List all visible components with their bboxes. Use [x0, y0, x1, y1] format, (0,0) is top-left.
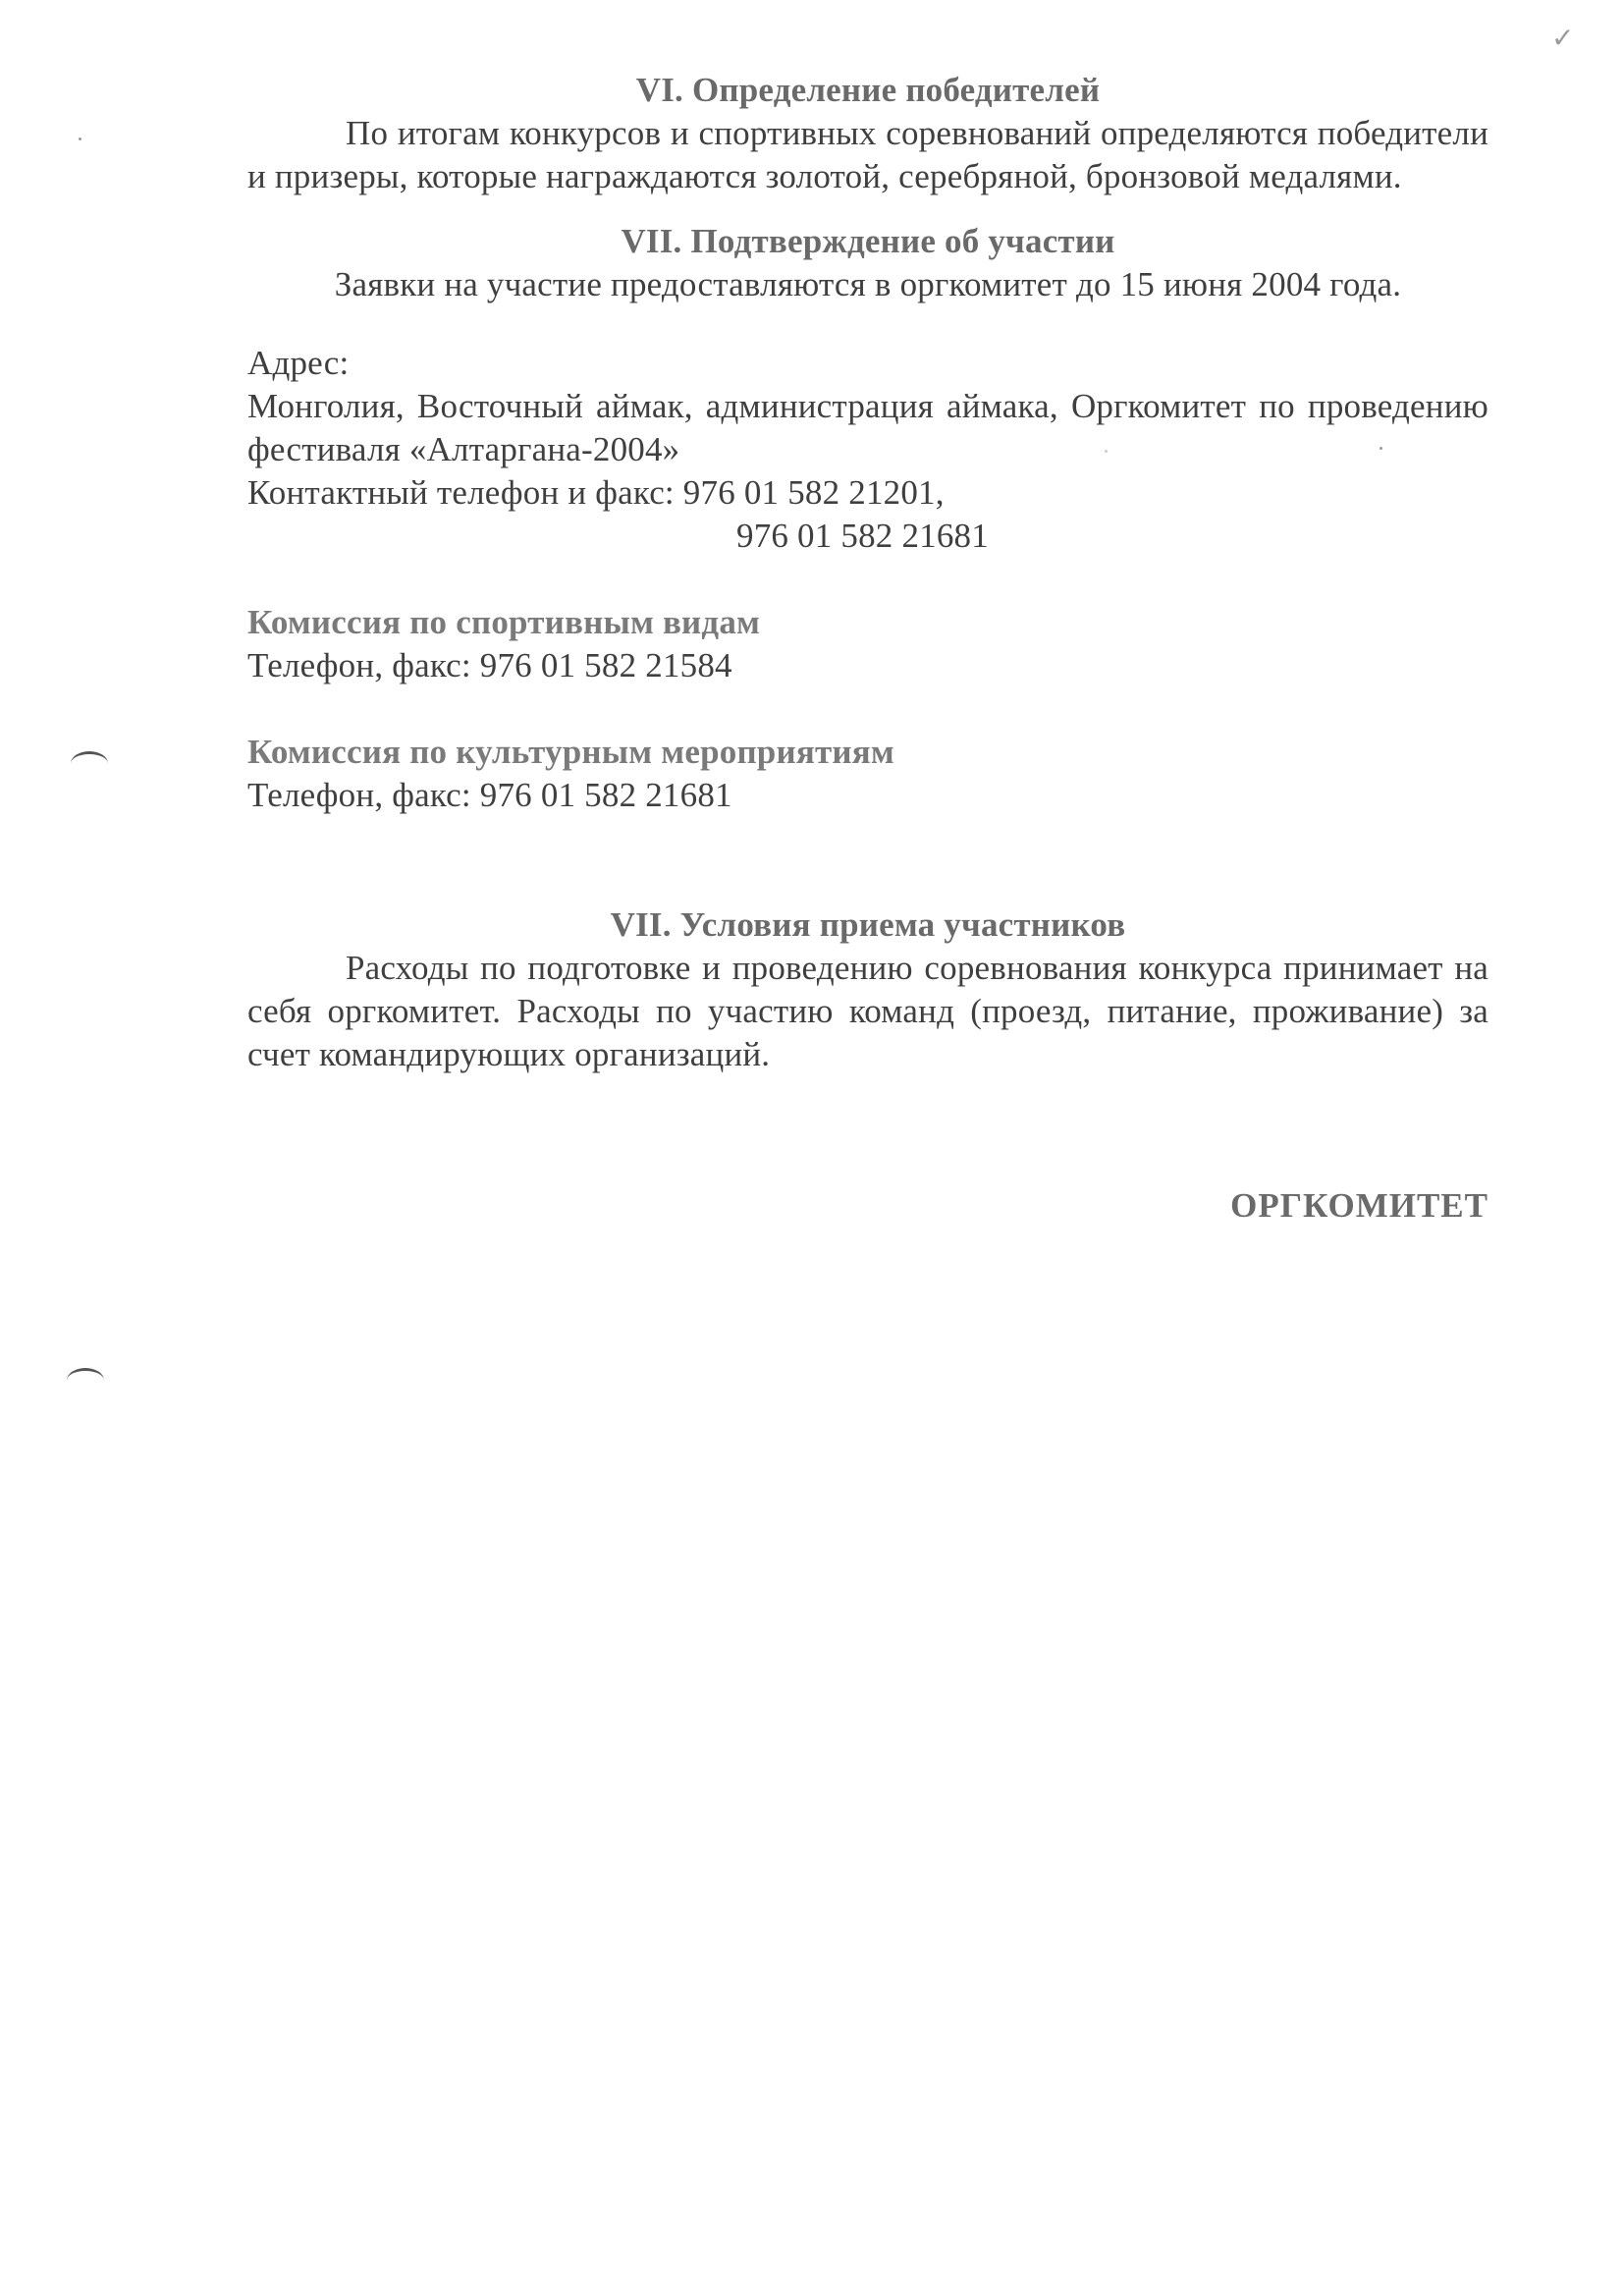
- scan-speck: [79, 137, 81, 140]
- commission-sports-phone: Телефон, факс: 976 01 582 21584: [247, 644, 1488, 687]
- section-7-paragraph: Заявки на участие предоставляются в оргк…: [247, 263, 1488, 306]
- document-page: ✓ VI. Определение победителей По итогам …: [0, 0, 1623, 2296]
- contact-phone-line: Контактный телефон и факс: 976 01 582 21…: [247, 471, 1488, 515]
- punch-hole-mark-icon: [71, 751, 108, 776]
- section-6-heading: VI. Определение победителей: [247, 69, 1488, 112]
- section-7-heading: VII. Подтверждение об участии: [247, 220, 1488, 263]
- section-6-paragraph: По итогам конкурсов и спортивных соревно…: [247, 112, 1488, 198]
- commission-sports-title: Комиссия по спортивным видам: [247, 601, 1488, 644]
- address-label: Адрес:: [247, 342, 1488, 385]
- commission-culture-title: Комиссия по культурным мероприятиям: [247, 731, 1488, 774]
- commission-sports: Комиссия по спортивным видам Телефон, фа…: [247, 601, 1488, 687]
- document-body: VI. Определение победителей По итогам ко…: [247, 69, 1488, 1228]
- address-block: Адрес: Монголия, Восточный аймак, админи…: [247, 342, 1488, 558]
- address-text: Монголия, Восточный аймак, администрация…: [247, 385, 1488, 471]
- signature-orgcommittee: ОРГКОМИТЕТ: [247, 1184, 1488, 1228]
- section-8-heading: VII. Условия приема участников: [247, 903, 1488, 947]
- handwritten-check-mark: ✓: [1551, 22, 1574, 54]
- contact-phone-2: 976 01 582 21681: [247, 515, 1488, 558]
- section-8-paragraph: Расходы по подготовке и проведению сорев…: [247, 947, 1488, 1076]
- commission-culture: Комиссия по культурным мероприятиям Теле…: [247, 731, 1488, 817]
- commission-culture-phone: Телефон, факс: 976 01 582 21681: [247, 774, 1488, 817]
- punch-hole-mark-icon: [67, 1368, 104, 1393]
